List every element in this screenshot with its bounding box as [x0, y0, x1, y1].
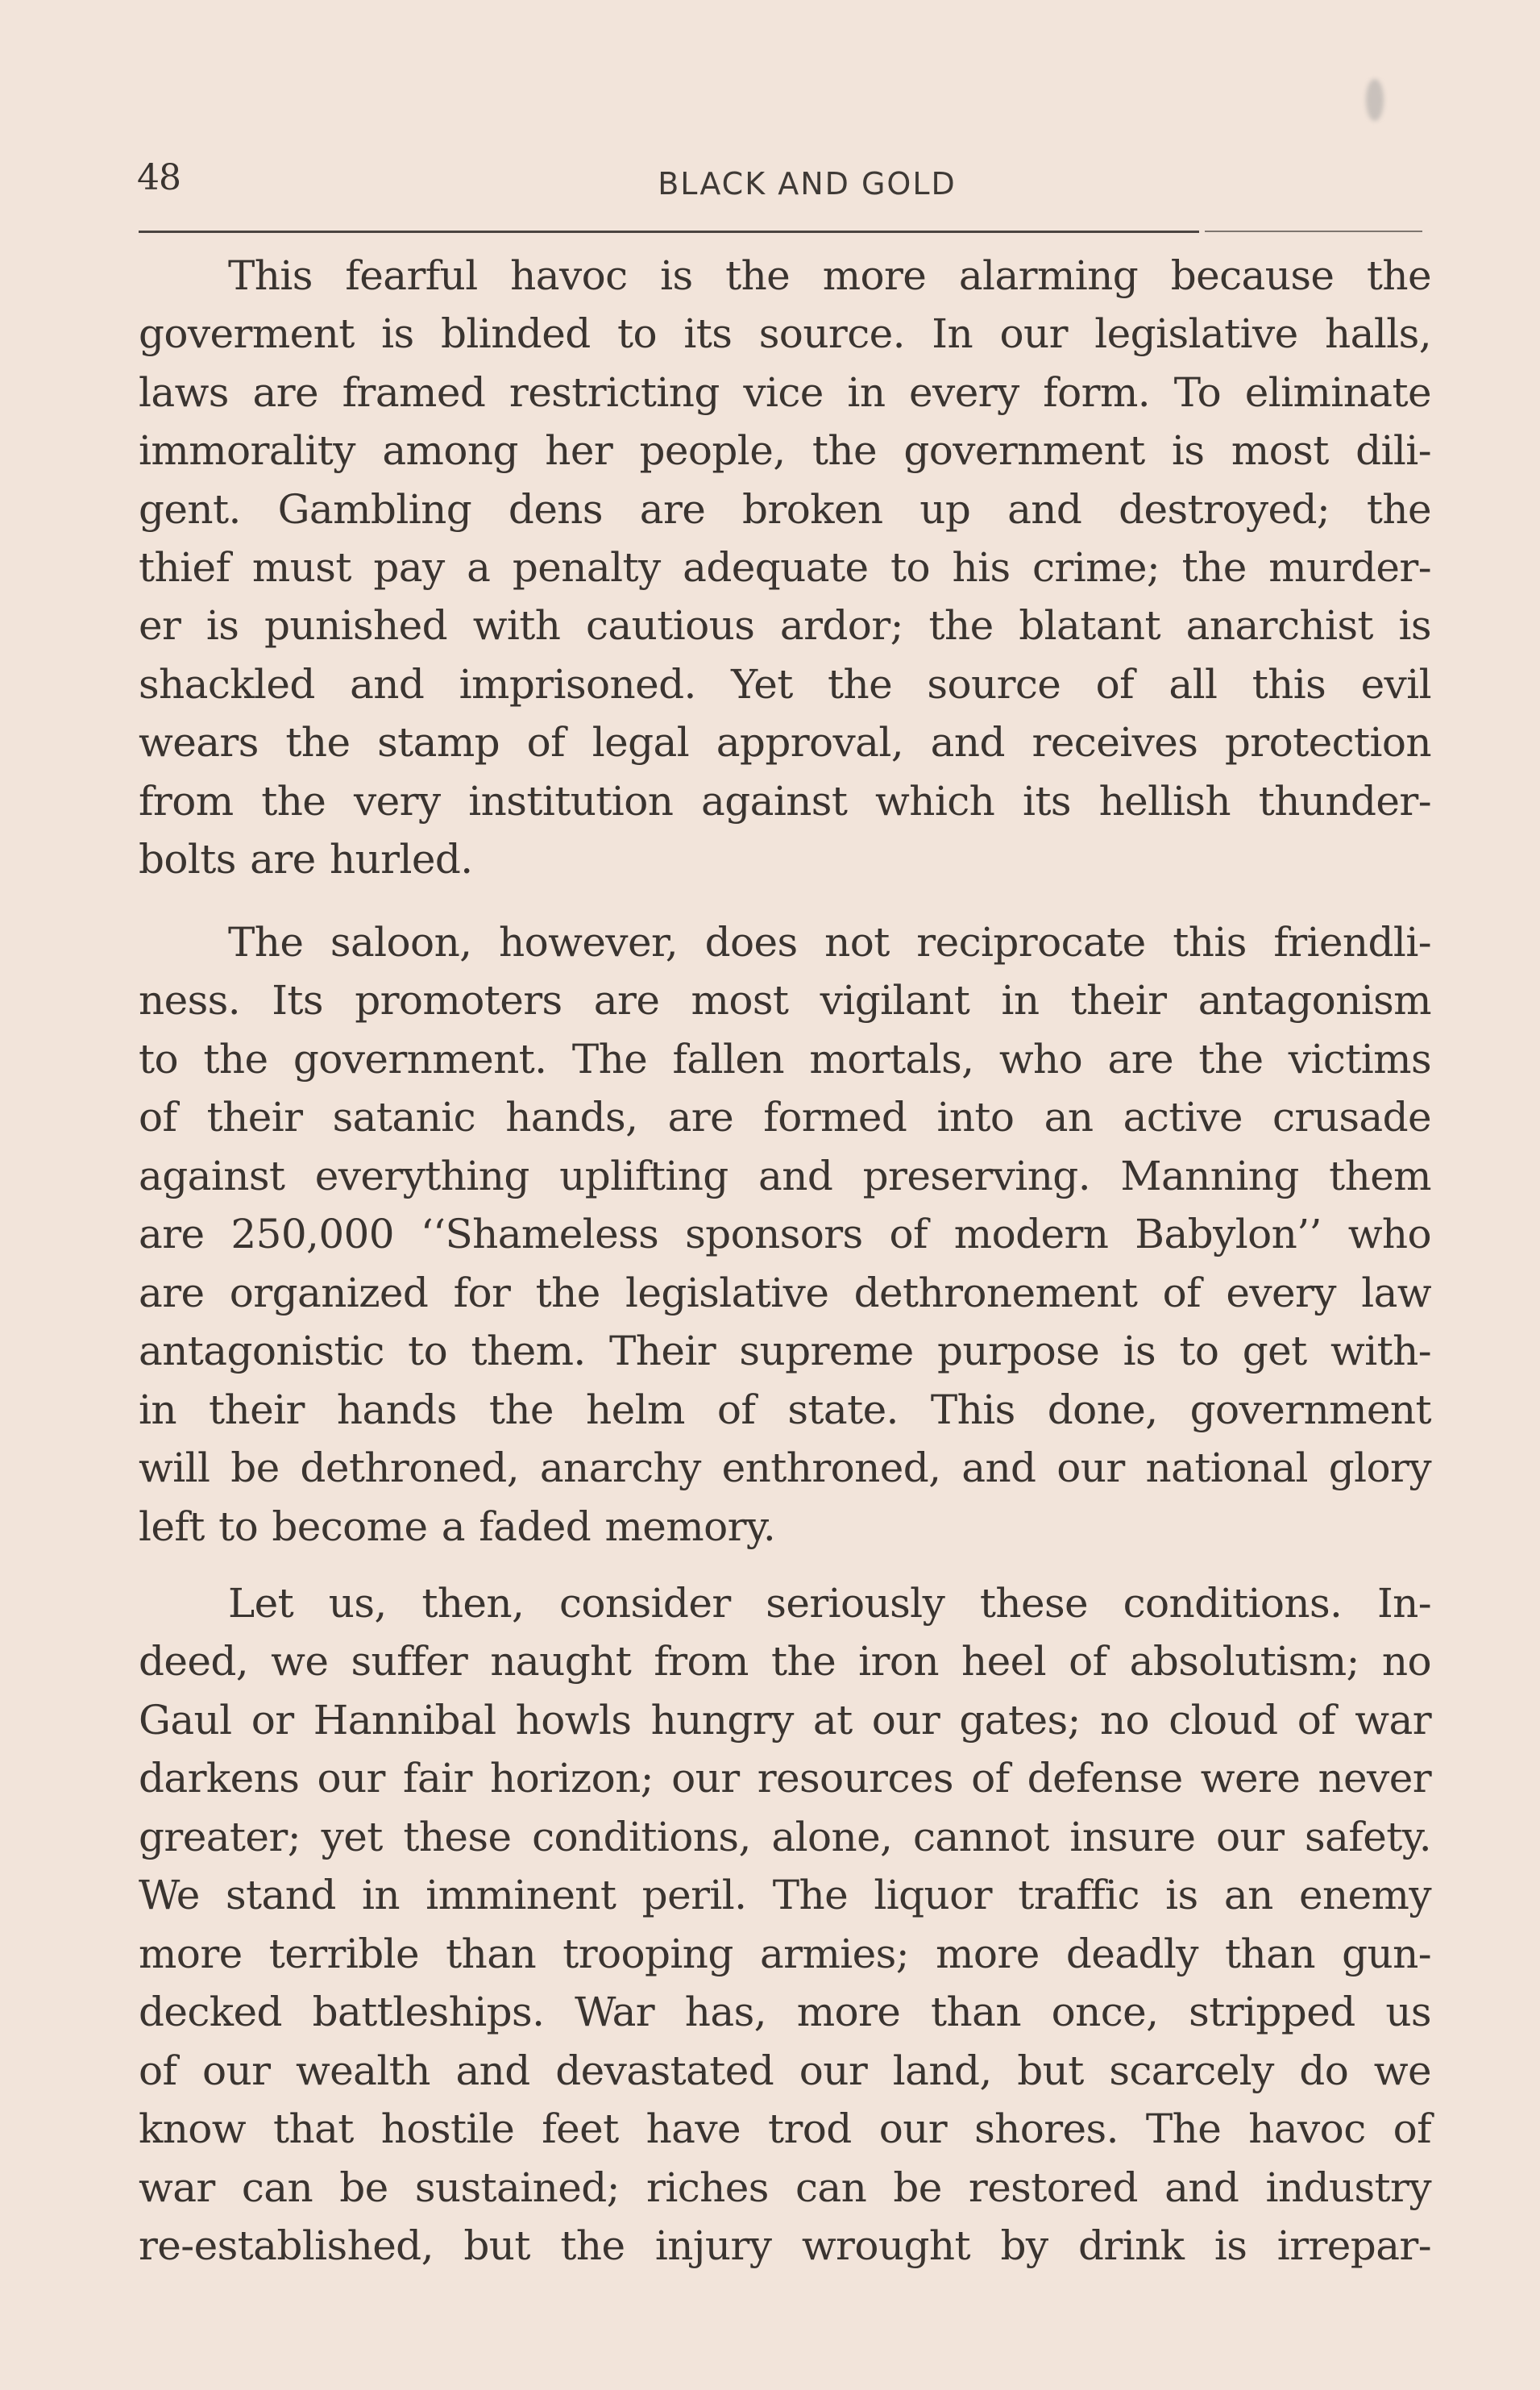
- text-line: against everything uplifting and preserv…: [139, 1152, 1431, 1200]
- text-line: more terrible than trooping armies; more…: [139, 1930, 1431, 1978]
- text-line: decked battleships. War has, more than o…: [139, 1988, 1431, 2036]
- text-line: war can be sustained; riches can be rest…: [139, 2163, 1431, 2212]
- text-line: We stand in imminent peril. The liquor t…: [139, 1871, 1431, 1919]
- text-line: thief must pay a penalty adequate to his…: [139, 543, 1431, 592]
- paper-smudge: [1366, 79, 1384, 121]
- text-line: ness. Its promoters are most vigilant in…: [139, 976, 1431, 1025]
- text-line: Let us, then, consider seriously these c…: [228, 1579, 1431, 1627]
- text-line: gent. Gambling dens are broken up and de…: [139, 485, 1431, 534]
- text-line: re-established, but the injury wrought b…: [139, 2222, 1431, 2270]
- text-line: from the very institution against which …: [139, 777, 1431, 825]
- running-title-text: BLACK AND GOLD: [658, 166, 957, 202]
- text-line: wears the stamp of legal approval, and r…: [139, 718, 1431, 767]
- text-line: in their hands the helm of state. This d…: [139, 1386, 1431, 1434]
- text-line: know that hostile feet have trod our sho…: [139, 2105, 1431, 2153]
- text-line: are organized for the legislative dethro…: [139, 1269, 1431, 1317]
- running-title: BLACK AND GOLD: [0, 166, 1540, 202]
- text-line: of our wealth and devastated our land, b…: [139, 2047, 1431, 2095]
- text-line: goverment is blinded to its source. In o…: [139, 310, 1431, 358]
- text-line: are 250,000 ‘‘Shameless sponsors of mode…: [139, 1210, 1431, 1258]
- book-page: 48 BLACK AND GOLD This fearful havoc is …: [0, 0, 1540, 2390]
- text-line: shackled and imprisoned. Yet the source …: [139, 660, 1431, 709]
- text-line: This fearful havoc is the more alarming …: [228, 251, 1431, 300]
- text-line: left to become a faded memory.: [139, 1503, 1431, 1551]
- text-line: bolts are hurled.: [139, 835, 1431, 883]
- header-rule-faded: [1205, 231, 1422, 232]
- text-line: The saloon, however, does not reciprocat…: [228, 918, 1431, 966]
- text-line: er is punished with cautious ardor; the …: [139, 601, 1431, 650]
- text-line: darkens our fair horizon; our resources …: [139, 1754, 1431, 1802]
- text-line: to the government. The fallen mortals, w…: [139, 1035, 1431, 1083]
- text-line: deed, we suffer naught from the iron hee…: [139, 1637, 1431, 1685]
- text-line: Gaul or Hannibal howls hungry at our gat…: [139, 1696, 1431, 1744]
- text-line: laws are framed restricting vice in ever…: [139, 368, 1431, 417]
- text-line: antagonistic to them. Their supreme purp…: [139, 1327, 1431, 1375]
- text-line: immorality among her people, the governm…: [139, 426, 1431, 475]
- header-rule: [139, 231, 1199, 233]
- text-line: of their satanic hands, are formed into …: [139, 1093, 1431, 1141]
- text-line: will be dethroned, anarchy enthroned, an…: [139, 1444, 1431, 1492]
- text-line: greater; yet these conditions, alone, ca…: [139, 1813, 1431, 1861]
